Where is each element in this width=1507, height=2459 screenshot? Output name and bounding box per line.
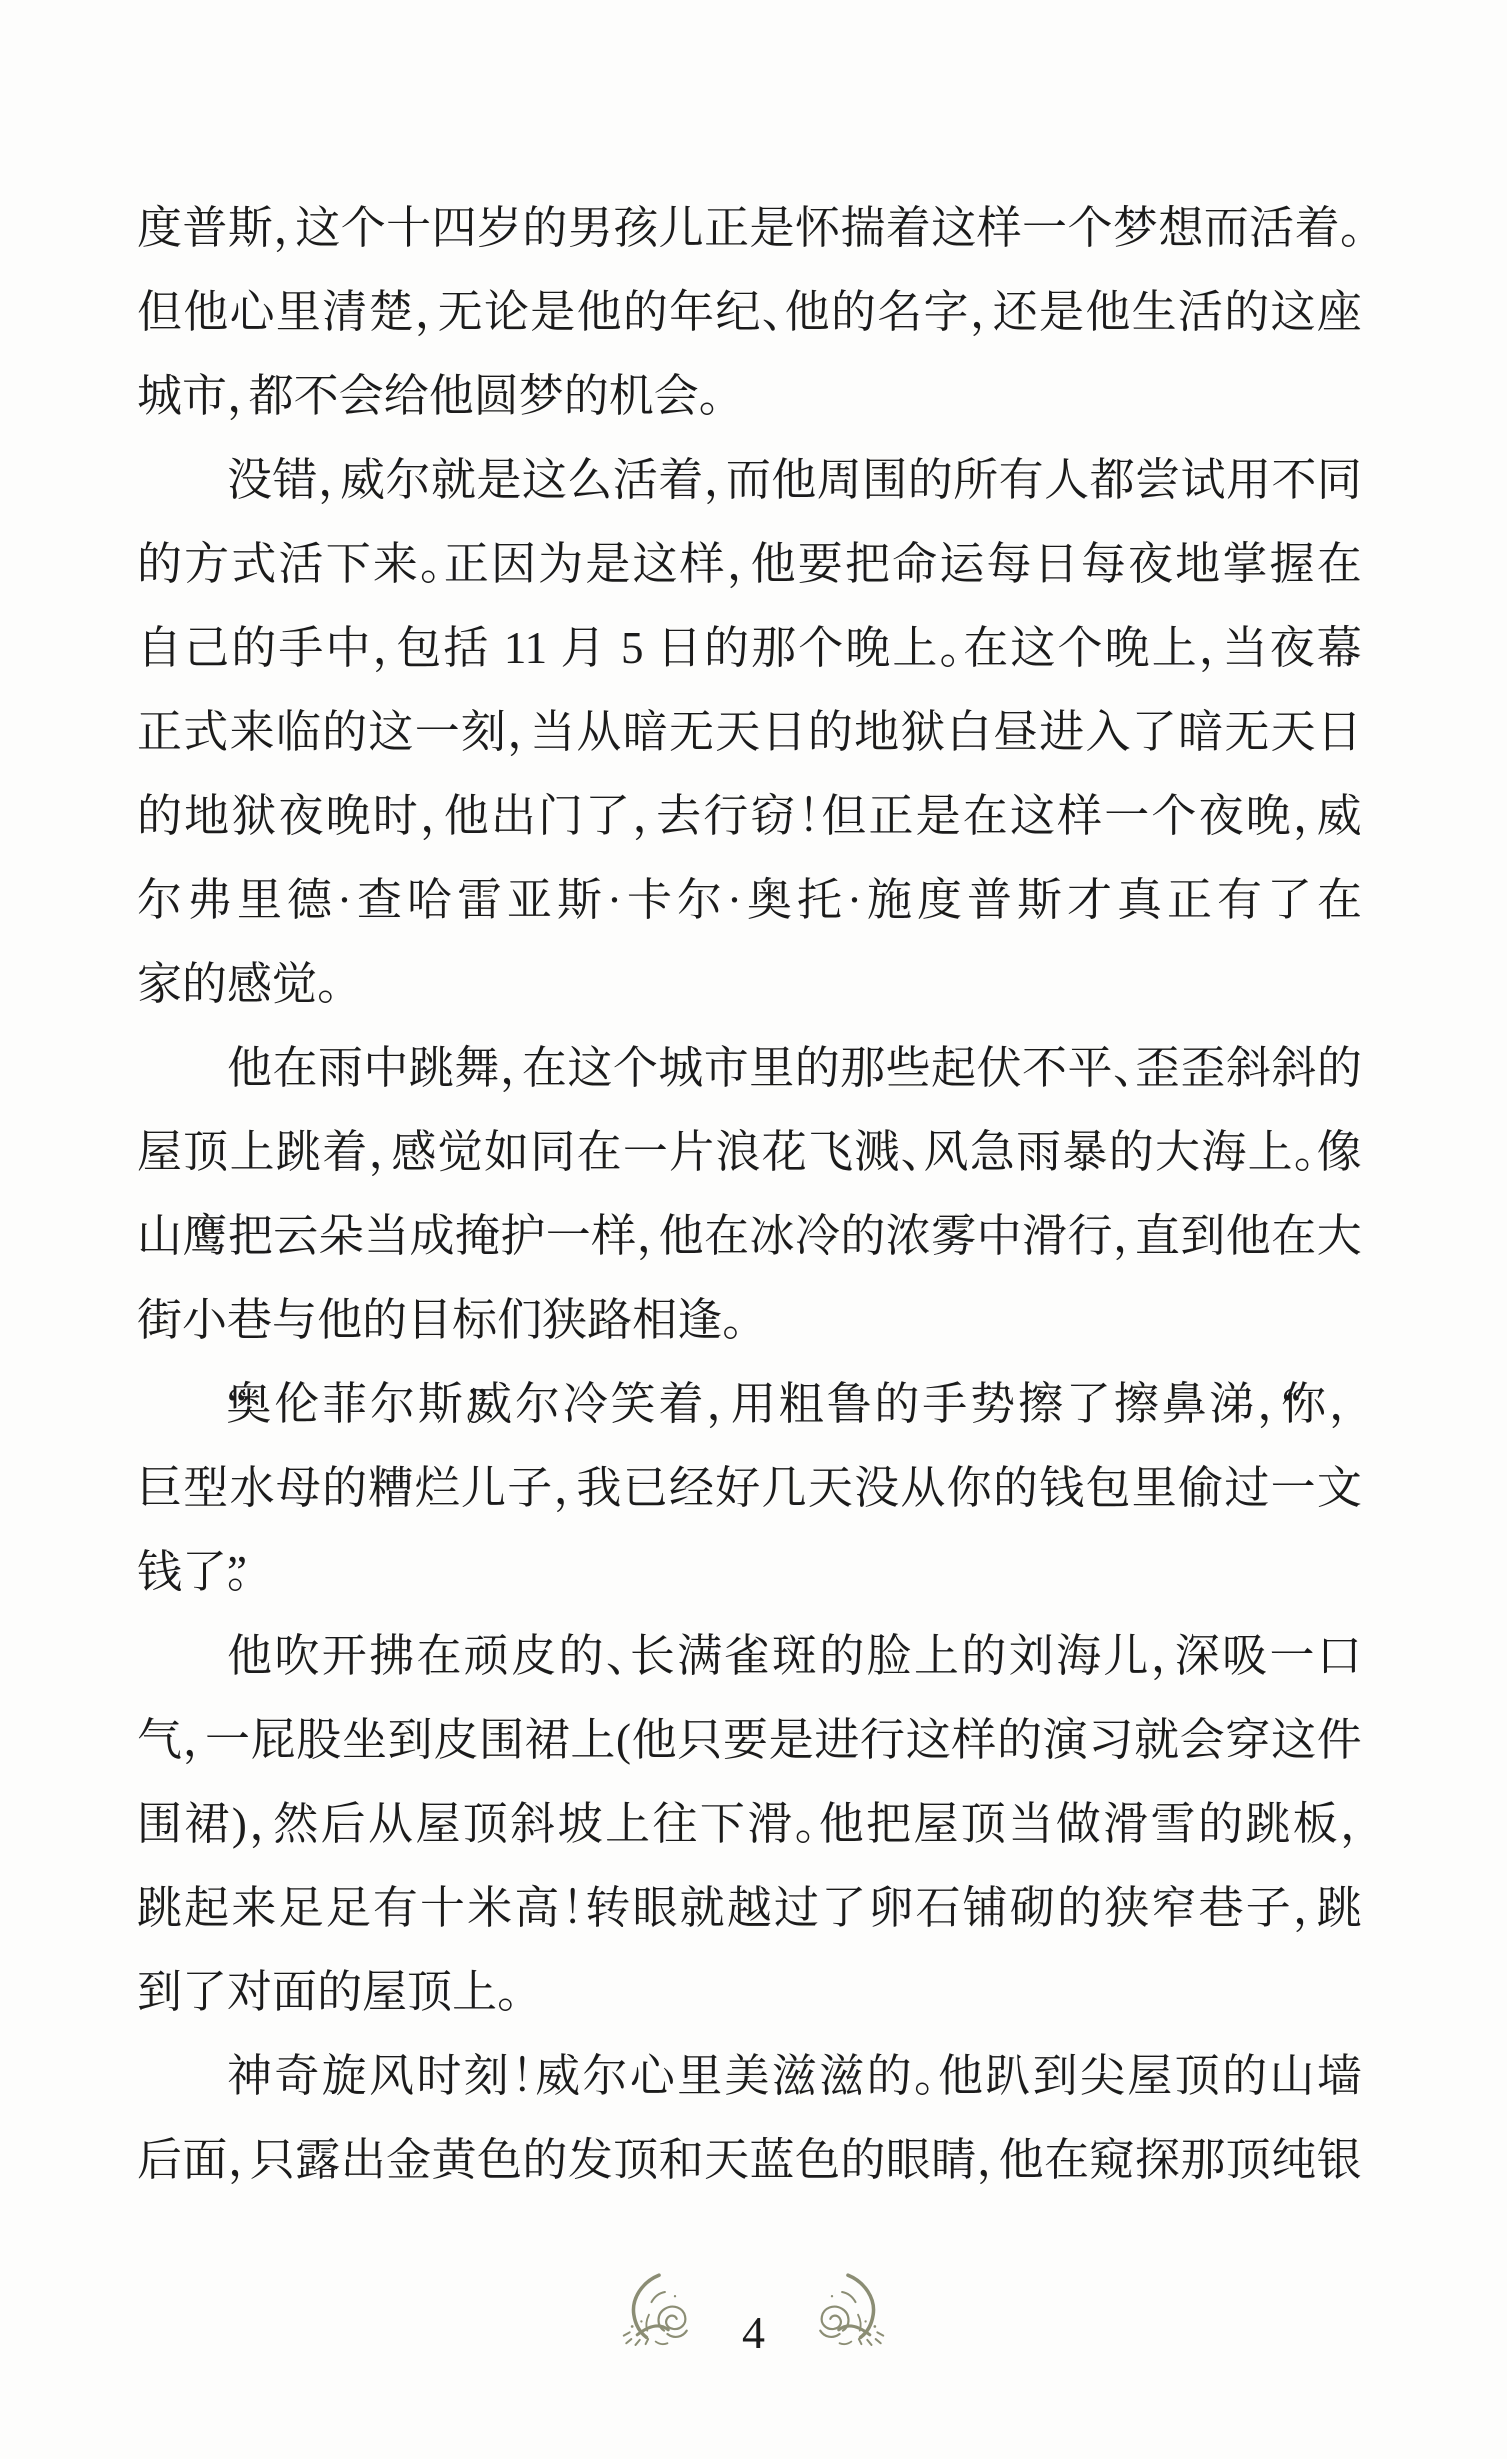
- text-line: 自己的手中，包括 11 月 5 日的那个晚上。在这个晚上，当夜幕: [137, 606, 1362, 690]
- text-line: 后面，只露出金黄色的发顶和天蓝色的眼睛，他在窥探那顶纯银: [137, 2118, 1362, 2202]
- text-line: 没错，威尔就是这么活着，而他周围的所有人都尝试用不同: [137, 438, 1362, 522]
- text-line: 到了对面的屋顶上。: [137, 1950, 1362, 2034]
- text-line: 他在雨中跳舞，在这个城市里的那些起伏不平、歪歪斜斜的: [137, 1026, 1362, 1110]
- text-line: “奥伦菲尔斯。”威尔冷笑着，用粗鲁的手势擦了擦鼻涕，“你，: [137, 1362, 1362, 1446]
- text-line: 跳起来足足有十米高！转眼就越过了卵石铺砌的狭窄巷子，跳: [137, 1866, 1362, 1950]
- text-line: 家的感觉。: [137, 942, 1362, 1026]
- page-number: 4: [742, 2315, 765, 2356]
- text-line: 他吹开拂在顽皮的、长满雀斑的脸上的刘海儿，深吸一口: [137, 1614, 1362, 1698]
- text-line: 山鹰把云朵当成掩护一样，他在冰冷的浓雾中滑行，直到他在大: [137, 1194, 1362, 1278]
- text-line: 气，一屁股坐到皮围裙上(他只要是进行这样的演习就会穿这件: [137, 1698, 1362, 1782]
- floral-swirl-icon: [612, 2270, 696, 2356]
- text-line: 但他心里清楚，无论是他的年纪、他的名字，还是他生活的这座: [137, 270, 1362, 354]
- text-line: 度普斯，这个十四岁的男孩儿正是怀揣着这样一个梦想而活着。: [137, 186, 1362, 270]
- text-line: 街小巷与他的目标们狭路相逢。: [137, 1278, 1362, 1362]
- text-line: 的方式活下来。正因为是这样，他要把命运每日每夜地掌握在: [137, 522, 1362, 606]
- text-line: 尔弗里德·查哈雷亚斯·卡尔·奥托·施度普斯才真正有了在: [137, 858, 1362, 942]
- text-line: 正式来临的这一刻，当从暗无天日的地狱白昼进入了暗无天日: [137, 690, 1362, 774]
- text-line: 钱了。”: [137, 1530, 1362, 1614]
- text-line: 巨型水母的糟烂儿子，我已经好几天没从你的钱包里偷过一文: [137, 1446, 1362, 1530]
- text-line: 城市，都不会给他圆梦的机会。: [137, 354, 1362, 438]
- text-line: 的地狱夜晚时，他出门了，去行窃！但正是在这样一个夜晚，威: [137, 774, 1362, 858]
- text-line: 围裙)，然后从屋顶斜坡上往下滑。他把屋顶当做滑雪的跳板，: [137, 1782, 1362, 1866]
- text-line: 神奇旋风时刻！威尔心里美滋滋的。他趴到尖屋顶的山墙: [137, 2034, 1362, 2118]
- floral-swirl-icon-mirrored: [811, 2270, 895, 2356]
- page-footer: 4: [0, 2264, 1507, 2356]
- book-page-text: 度普斯，这个十四岁的男孩儿正是怀揣着这样一个梦想而活着。但他心里清楚，无论是他的…: [137, 186, 1362, 2202]
- text-line: 屋顶上跳着，感觉如同在一片浪花飞溅、风急雨暴的大海上。像: [137, 1110, 1362, 1194]
